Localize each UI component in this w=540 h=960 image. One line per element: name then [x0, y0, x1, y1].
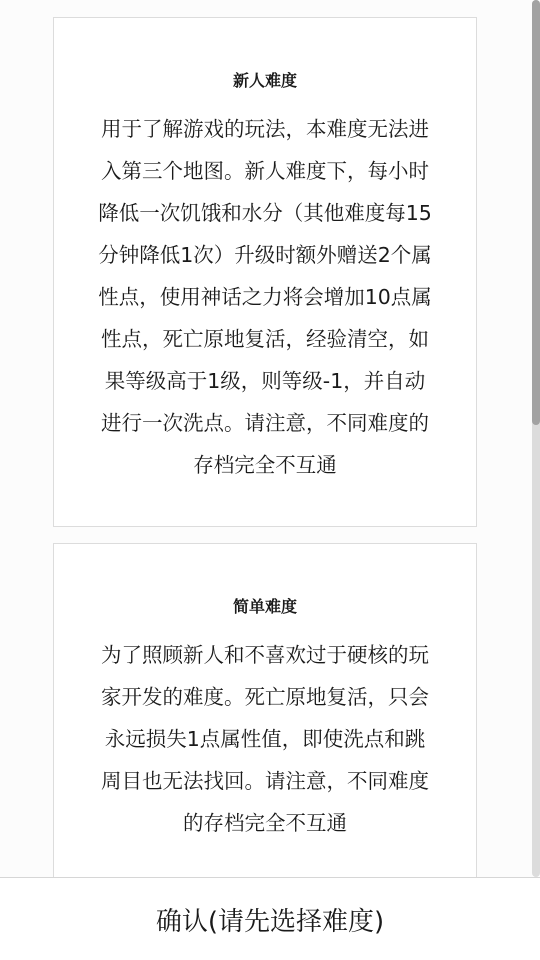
desc-line: 果等级高于1级，则等级-1，并自动	[87, 360, 443, 402]
difficulty-description: 用于了解游戏的玩法，本难度无法进 入第三个地图。新人难度下，每小时 降低一次饥饿…	[87, 108, 443, 486]
scrollbar-thumb[interactable]	[532, 0, 540, 425]
difficulty-list[interactable]: 新人难度 用于了解游戏的玩法，本难度无法进 入第三个地图。新人难度下，每小时 降…	[0, 0, 540, 877]
bottom-bar: 确认(请先选择难度)	[0, 877, 540, 960]
desc-line: 家开发的难度。死亡原地复活，只会	[87, 676, 443, 718]
confirm-button[interactable]: 确认(请先选择难度)	[156, 901, 384, 938]
desc-line: 进行一次洗点。请注意，不同难度的	[87, 402, 443, 444]
difficulty-card-newbie[interactable]: 新人难度 用于了解游戏的玩法，本难度无法进 入第三个地图。新人难度下，每小时 降…	[53, 17, 477, 527]
desc-line: 永远损失1点属性值，即使洗点和跳	[87, 718, 443, 760]
desc-line: 入第三个地图。新人难度下，每小时	[87, 150, 443, 192]
desc-line: 性点，使用神话之力将会增加10点属	[87, 276, 443, 318]
difficulty-card-easy[interactable]: 简单难度 为了照顾新人和不喜欢过于硬核的玩 家开发的难度。死亡原地复活，只会 永…	[53, 543, 477, 877]
difficulty-title: 新人难度	[54, 71, 476, 91]
desc-line: 的存档完全不互通	[87, 802, 443, 844]
desc-line: 用于了解游戏的玩法，本难度无法进	[87, 108, 443, 150]
desc-line: 存档完全不互通	[87, 444, 443, 486]
desc-line: 性点，死亡原地复活，经验清空，如	[87, 318, 443, 360]
difficulty-description: 为了照顾新人和不喜欢过于硬核的玩 家开发的难度。死亡原地复活，只会 永远损失1点…	[87, 634, 443, 844]
difficulty-title: 简单难度	[54, 597, 476, 617]
desc-line: 为了照顾新人和不喜欢过于硬核的玩	[87, 634, 443, 676]
desc-line: 周目也无法找回。请注意，不同难度	[87, 760, 443, 802]
desc-line: 分钟降低1次）升级时额外赠送2个属	[87, 234, 443, 276]
desc-line: 降低一次饥饿和水分（其他难度每15	[87, 192, 443, 234]
